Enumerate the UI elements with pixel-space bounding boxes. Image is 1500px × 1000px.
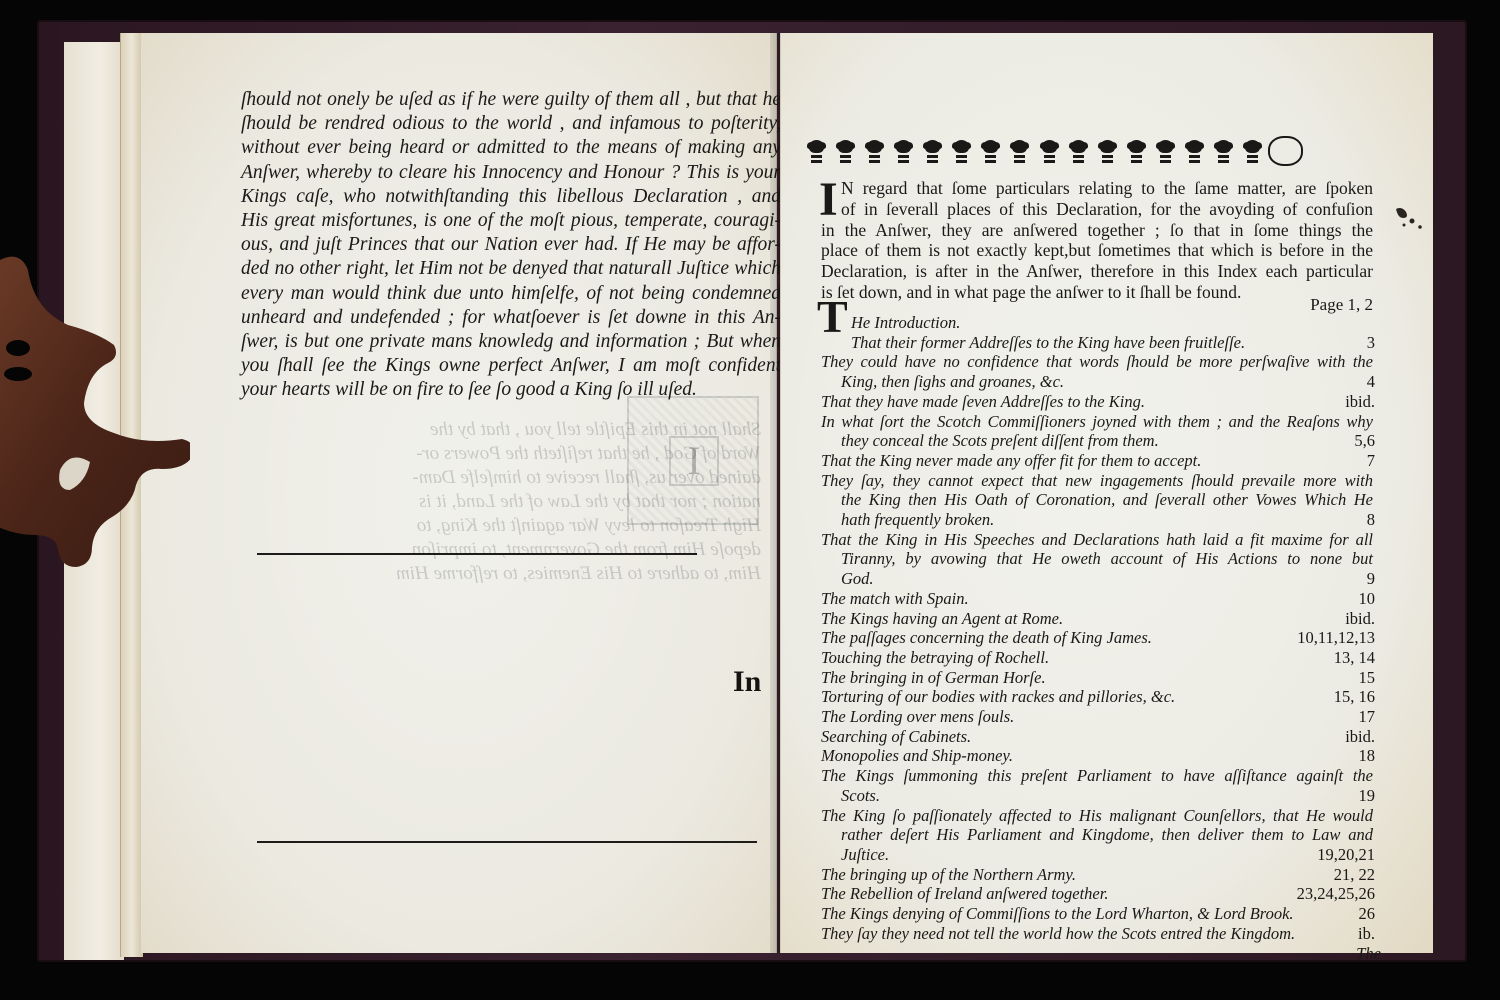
index-entry-text: That the King in His Speeches and Declar…	[821, 530, 1373, 550]
index-entry-text: They ſay, they cannot expect that new in…	[821, 471, 1373, 491]
prose-line: Anſwer, whereby to cleare his Innocency …	[241, 161, 781, 185]
index-entry: Touching the betraying of Rochell.13, 14	[821, 648, 1373, 668]
index-entry-text: hath frequently broken.	[821, 510, 1373, 530]
index-entry-text: Scots.	[821, 786, 1373, 806]
index-page-ref: ib.	[1358, 924, 1375, 944]
index-entry-text: The Kings having an Agent at Rome.	[821, 609, 1373, 629]
index-page-ref: 26	[1359, 904, 1376, 924]
index-page-ref: 19,20,21	[1317, 845, 1375, 865]
index-page-ref: 7	[1367, 451, 1375, 471]
index-introduction: I N regard that ſome particulars relatin…	[821, 178, 1373, 303]
bleedthrough-line: Shall not in this Epiſtle tell you , tha…	[241, 418, 761, 442]
prose-line: ſhould be rendred odious to the world , …	[241, 112, 781, 136]
left-page: I Shall not in this Epiſtle tell you , t…	[141, 33, 777, 953]
index-list: Page 1, 2 T He Introduction.That their f…	[821, 295, 1373, 963]
intro-line: N regard that ſome particulars relating …	[821, 178, 1373, 199]
index-entry: That they have made ſeven Addreſſes to t…	[821, 392, 1373, 412]
prose-line: ded no other right, let Him not be denye…	[241, 257, 781, 281]
page-column-heading: Page 1, 2	[1310, 295, 1373, 315]
prose-line: your hearts will be on fire to ſee ſo go…	[241, 378, 781, 402]
page-clip-icon	[0, 250, 190, 580]
index-entry-text: That they have made ſeven Addreſſes to t…	[821, 392, 1373, 412]
prose-line: without ever being heard or admitted to …	[241, 136, 781, 160]
index-entry-text: Touching the betraying of Rochell.	[821, 648, 1373, 668]
index-page-ref: 15, 16	[1334, 687, 1375, 707]
index-entry-text: The Rebellion of Ireland anſwered togeth…	[821, 884, 1373, 904]
index-entry-text: Torturing of our bodies with rackes and …	[821, 687, 1373, 707]
index-page-ref: ibid.	[1345, 392, 1375, 412]
left-prose: ſhould not onely be uſed as if he were g…	[241, 88, 781, 403]
index-page-ref: 10	[1359, 589, 1376, 609]
index-entry-text: Juſtice.	[821, 845, 1373, 865]
index-entry: The Kings denying of Commiſſions to the …	[821, 904, 1373, 924]
index-page-ref: 8	[1367, 510, 1375, 530]
index-entry-text: the King then His Oath of Coronation, an…	[821, 490, 1373, 510]
index-entry: That the King never made any offer fit f…	[821, 451, 1373, 471]
index-entry: The Kings having an Agent at Rome.ibid.	[821, 609, 1373, 629]
index-page-ref: 21, 22	[1334, 865, 1375, 885]
index-entry-text: they conceal the Scots preſent diſſent f…	[821, 431, 1373, 451]
index-entry: The bringing up of the Northern Army.21,…	[821, 865, 1373, 885]
index-entry: The Kings ſummoning this preſent Parliam…	[821, 766, 1373, 805]
index-entry-text: The Kings denying of Commiſſions to the …	[821, 904, 1373, 924]
index-entry: The Rebellion of Ireland anſwered togeth…	[821, 884, 1373, 904]
bleedthrough-line: High Treaſon to levy War againſt the Kin…	[241, 514, 761, 538]
index-entry-text: They ſay they need not tell the world ho…	[821, 924, 1373, 944]
prose-line: ſhould not onely be uſed as if he were g…	[241, 88, 781, 112]
index-entry-text: Tiranny, by avowing that He oweth accoun…	[821, 549, 1373, 569]
index-entry: Monopolies and Ship-money.18	[821, 746, 1373, 766]
index-entry-text: He Introduction.	[821, 313, 1373, 333]
index-entry: That their former Addreſſes to the King …	[821, 333, 1373, 353]
index-page-ref: 18	[1359, 746, 1376, 766]
index-entry-text: The Lording over mens ſouls.	[821, 707, 1373, 727]
index-page-ref: 4	[1367, 372, 1375, 392]
index-entry-text: God.	[821, 569, 1373, 589]
index-entry-text: That the King never made any offer fit f…	[821, 451, 1373, 471]
prose-line: ous, and juſt Princes that our Nation ev…	[241, 233, 781, 257]
index-page-ref: ibid.	[1345, 727, 1375, 747]
index-entry-text: They could have no confidence that words…	[821, 352, 1373, 372]
index-entry-text: The paſſages concerning the death of Kin…	[821, 628, 1373, 648]
catchword-left: In	[733, 665, 761, 699]
bleedthrough-line: depoſe Him from the Government, to impri…	[241, 538, 761, 562]
rule-top	[257, 553, 697, 555]
index-entry: The Lording over mens ſouls.17	[821, 707, 1373, 727]
index-page-ref: 15	[1359, 668, 1376, 688]
index-entry: He Introduction.	[821, 313, 1373, 333]
prose-line: ſwer, is but one private mans knowledg a…	[241, 330, 781, 354]
index-entry-text: The bringing in of German Horſe.	[821, 668, 1373, 688]
index-entry: The King ſo paſſionately affected to His…	[821, 806, 1373, 865]
index-entry: They ſay, they cannot expect that new in…	[821, 471, 1373, 530]
bleedthrough-line: Word of God , he that reſiſteth the Powe…	[241, 442, 761, 466]
index-page-ref: 19	[1359, 786, 1376, 806]
index-page-ref: 23,24,25,26	[1297, 884, 1375, 904]
index-entry: The match with Spain.10	[821, 589, 1373, 609]
prose-line: His great misfortunes, is one of the moſ…	[241, 209, 781, 233]
index-page-ref: 10,11,12,13	[1297, 628, 1375, 648]
intro-line: Declaration, is after in the Anſwer, the…	[821, 261, 1373, 282]
index-page-ref: 17	[1359, 707, 1376, 727]
bleedthrough-line: nation ; nor that by the Law of the Land…	[241, 490, 761, 514]
index-entry: Torturing of our bodies with rackes and …	[821, 687, 1373, 707]
prose-line: every man would think due unto himſelfe,…	[241, 282, 781, 306]
rule-bottom	[257, 841, 757, 843]
right-page: I N regard that ſome particulars relatin…	[780, 33, 1433, 953]
index-entry-text: The King ſo paſſionately affected to His…	[821, 806, 1373, 826]
index-entry: That the King in His Speeches and Declar…	[821, 530, 1373, 589]
bleedthrough-text: Shall not in this Epiſtle tell you , tha…	[241, 418, 761, 586]
index-entry: The paſſages concerning the death of Kin…	[821, 628, 1373, 648]
index-entry-text: The Kings ſummoning this preſent Parliam…	[821, 766, 1373, 786]
index-entry-text: Searching of Cabinets.	[821, 727, 1373, 747]
prose-line: unheard and undefended ; for whatſoever …	[241, 306, 781, 330]
index-entry-text: rather deſert His Parliament and Kingdom…	[821, 825, 1373, 845]
index-entry-text: Monopolies and Ship-money.	[821, 746, 1373, 766]
index-page-ref: ibid.	[1345, 609, 1375, 629]
ink-stain-icon	[1390, 205, 1430, 235]
index-entry-text: That their former Addreſſes to the King …	[821, 333, 1373, 353]
index-page-ref: 3	[1367, 333, 1375, 353]
index-entry: The bringing in of German Horſe.15	[821, 668, 1373, 688]
intro-line: in the Anſwer, they are anſwered togethe…	[821, 220, 1373, 241]
intro-line: of in ſeverall places of this Declaratio…	[821, 199, 1373, 220]
index-entry-text: The bringing up of the Northern Army.	[821, 865, 1373, 885]
index-entry-text: King, then ſighs and groanes, &c.	[821, 372, 1373, 392]
headpiece-ornament	[803, 135, 1303, 167]
index-page-ref: 13, 14	[1334, 648, 1375, 668]
index-entry: They ſay they need not tell the world ho…	[821, 924, 1373, 944]
bleedthrough-line: Him, to adhere to His Enemies, to reſfor…	[241, 562, 761, 586]
intro-line: place of them is not exactly kept,but ſo…	[821, 240, 1373, 261]
index-entry: They could have no confidence that words…	[821, 352, 1373, 391]
prose-line: you ſhall ſee the Kings owne perfect Anſ…	[241, 354, 781, 378]
prose-line: Kings caſe, who notwithſtanding this lib…	[241, 185, 781, 209]
catchword-right: The	[1356, 944, 1381, 964]
index-page-ref: 5,6	[1354, 431, 1375, 451]
index-entry-text: The match with Spain.	[821, 589, 1373, 609]
index-entry: Searching of Cabinets.ibid.	[821, 727, 1373, 747]
index-entry-text: In what ſort the Scotch Commiſſioners jo…	[821, 412, 1373, 432]
bleedthrough-line: dained over us, ſhall receive to himſelf…	[241, 466, 761, 490]
intro-dropcap: I	[819, 180, 838, 220]
index-page-ref: 9	[1367, 569, 1375, 589]
index-entry: In what ſort the Scotch Commiſſioners jo…	[821, 412, 1373, 451]
